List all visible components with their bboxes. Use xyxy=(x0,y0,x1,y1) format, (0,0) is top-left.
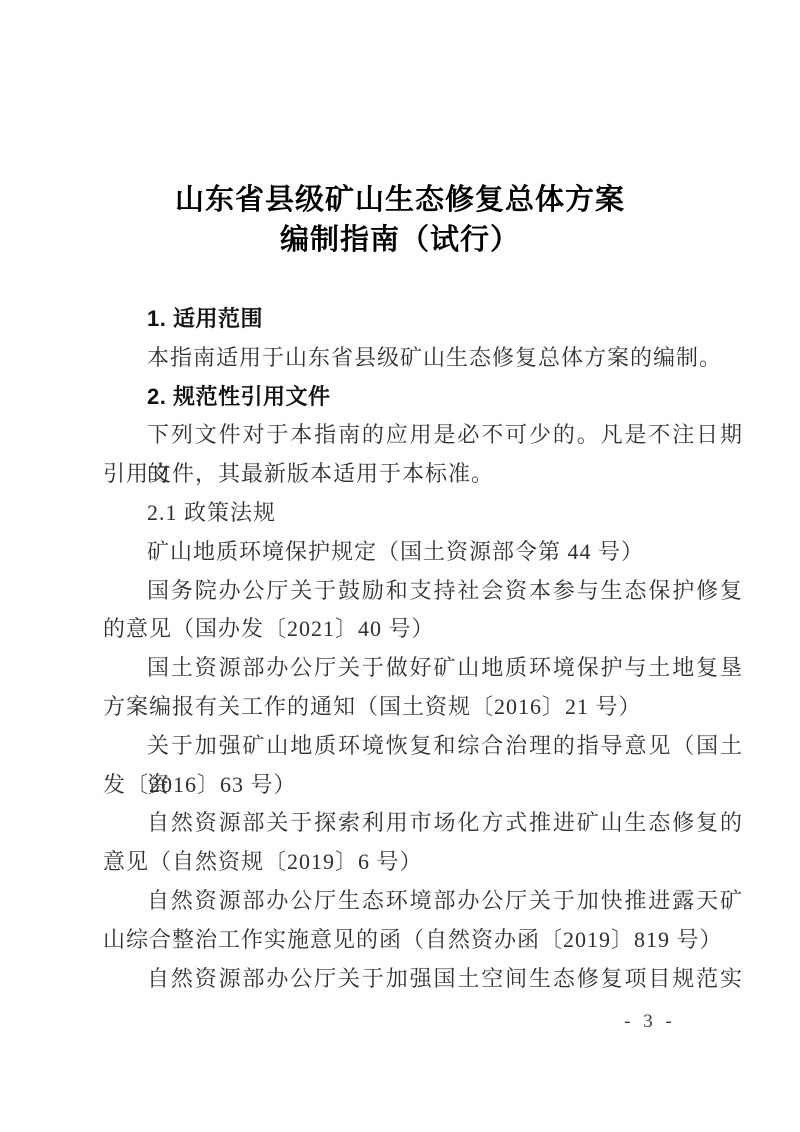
document-line: 意见（自然资规〔2019〕6 号） xyxy=(103,843,743,882)
document-line: 自然资源部办公厅生态环境部办公厅关于加快推进露天矿 xyxy=(103,882,743,921)
document-line: 的意见（国办发〔2021〕40 号） xyxy=(103,610,743,649)
document-title-line-1: 山东省县级矿山生态修复总体方案 xyxy=(0,180,800,220)
document-line: 国务院办公厅关于鼓励和支持社会资本参与生态保护修复 xyxy=(103,572,743,611)
document-line: 山综合整治工作实施意见的函（自然资办函〔2019〕819 号） xyxy=(103,921,743,960)
document-line: 关于加强矿山地质环境恢复和综合治理的指导意见（国土资 xyxy=(103,727,743,766)
document-page: 山东省县级矿山生态修复总体方案 编制指南（试行） 1. 适用范围本指南适用于山东… xyxy=(0,0,800,1132)
page-number: - 3 - xyxy=(600,1010,700,1034)
document-line: 下列文件对于本指南的应用是必不可少的。凡是不注日期的 xyxy=(103,416,743,455)
document-line: 自然资源部办公厅关于加强国土空间生态修复项目规范实 xyxy=(103,960,743,999)
document-line: 本指南适用于山东省县级矿山生态修复总体方案的编制。 xyxy=(103,339,743,378)
document-title-line-2: 编制指南（试行） xyxy=(0,220,800,260)
document-line: 方案编报有关工作的通知（国土资规〔2016〕21 号） xyxy=(103,688,743,727)
document-line: 引用文件，其最新版本适用于本标准。 xyxy=(103,455,743,494)
document-line: 国土资源部办公厅关于做好矿山地质环境保护与土地复垦 xyxy=(103,649,743,688)
document-line: 1. 适用范围 xyxy=(103,300,743,339)
document-line: 自然资源部关于探索利用市场化方式推进矿山生态修复的 xyxy=(103,804,743,843)
document-line: 矿山地质环境保护规定（国土资源部令第 44 号） xyxy=(103,533,743,572)
document-line: 发〔2016〕63 号） xyxy=(103,766,743,805)
document-title: 山东省县级矿山生态修复总体方案 编制指南（试行） xyxy=(0,180,800,260)
document-body: 1. 适用范围本指南适用于山东省县级矿山生态修复总体方案的编制。2. 规范性引用… xyxy=(103,300,743,998)
document-line: 2.1 政策法规 xyxy=(103,494,743,533)
document-line: 2. 规范性引用文件 xyxy=(103,378,743,417)
